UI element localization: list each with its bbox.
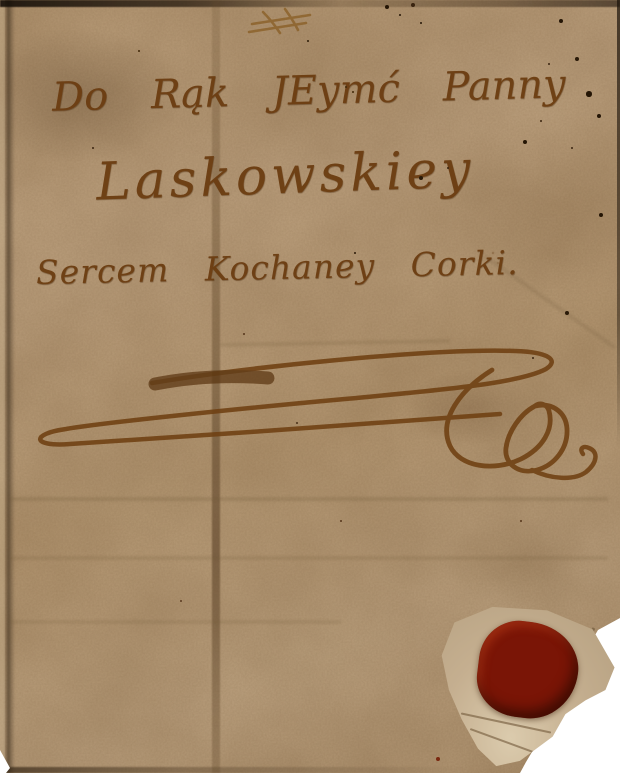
ink-specks [0, 0, 2, 2]
horizontal-crease [10, 556, 608, 560]
letter-scan: Do Rąk JEymć Panny Laskowskiey Sercem Ko… [0, 0, 620, 773]
flap-fold-line [470, 728, 536, 754]
top-edge-shadow [0, 0, 620, 7]
horizontal-crease [10, 497, 608, 501]
horizontal-crease [10, 620, 341, 624]
left-fold-crease [4, 0, 15, 773]
bottom-edge-shadow [0, 767, 465, 773]
